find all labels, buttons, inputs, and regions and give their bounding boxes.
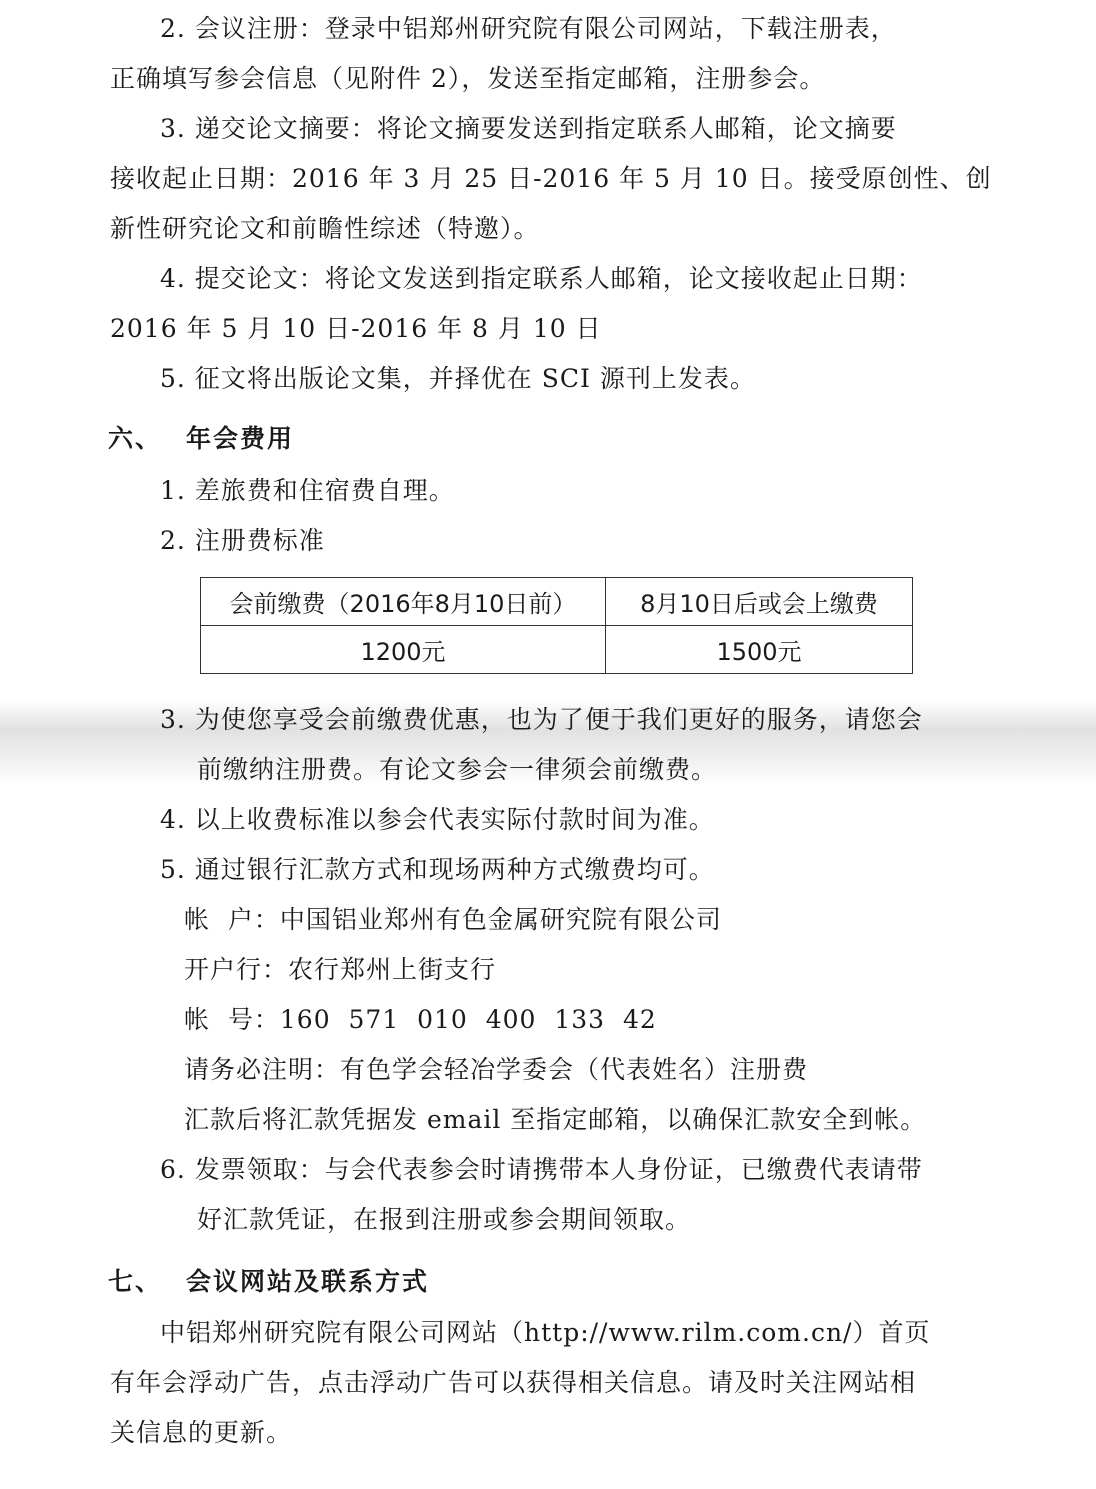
item-publication: 5. 征文将出版论文集，并择优在 SCI 源刊上发表。	[160, 362, 756, 396]
fee-item-3-line1: 3. 为使您享受会前缴费优惠，也为了便于我们更好的服务，请您会	[160, 703, 923, 737]
fee-item-1: 1. 差旅费和住宿费自理。	[160, 474, 455, 508]
item-registration-line1: 2. 会议注册：登录中铝郑州研究院有限公司网站，下载注册表，	[160, 12, 897, 46]
fee-item-5: 5. 通过银行汇款方式和现场两种方式缴费均可。	[160, 853, 715, 887]
bank-account-name: 帐 户：中国铝业郑州有色金属研究院有限公司	[184, 903, 722, 937]
section7-heading: 七、会议网站及联系方式	[108, 1265, 429, 1299]
table-header-late: 8月10日后或会上缴费	[606, 578, 913, 626]
section7-title: 会议网站及联系方式	[186, 1267, 429, 1296]
website-paragraph-line3: 关信息的更新。	[110, 1416, 292, 1450]
section6-title: 年会费用	[186, 424, 294, 453]
table-cell-early-fee: 1200元	[201, 626, 606, 674]
fee-item-2: 2. 注册费标准	[160, 524, 325, 558]
table-row: 1200元 1500元	[201, 626, 913, 674]
bank-branch: 开户行：农行郑州上街支行	[184, 953, 496, 987]
section6-heading: 六、年会费用	[108, 422, 294, 456]
table-header-early: 会前缴费（2016年8月10日前）	[201, 578, 606, 626]
item-registration-line2: 正确填写参会信息（见附件 2），发送至指定邮箱，注册参会。	[110, 62, 825, 96]
registration-fee-table: 会前缴费（2016年8月10日前） 8月10日后或会上缴费 1200元 1500…	[200, 577, 913, 674]
fee-item-6-line2: 好汇款凭证，在报到注册或参会期间领取。	[197, 1203, 691, 1237]
section6-number: 六、	[108, 424, 162, 453]
item-paper-line1: 4. 提交论文：将论文发送到指定联系人邮箱，论文接收起止日期：	[160, 262, 923, 296]
item-paper-line2: 2016 年 5 月 10 日-2016 年 8 月 10 日	[110, 312, 602, 346]
bank-remittance-note: 请务必注明：有色学会轻冶学委会（代表姓名）注册费	[184, 1053, 808, 1087]
item-abstract-line2: 接收起止日期：2016 年 3 月 25 日-2016 年 5 月 10 日。接…	[110, 162, 992, 196]
item-abstract-line3: 新性研究论文和前瞻性综述（特邀）。	[110, 212, 540, 246]
bank-after-remittance: 汇款后将汇款凭据发 email 至指定邮箱，以确保汇款安全到帐。	[184, 1103, 926, 1137]
section7-number: 七、	[108, 1267, 162, 1296]
fee-item-3-line2: 前缴纳注册费。有论文参会一律须会前缴费。	[197, 753, 717, 787]
website-paragraph-line1: 中铝郑州研究院有限公司网站（http://www.rilm.com.cn/）首页	[160, 1316, 930, 1350]
fee-item-4: 4. 以上收费标准以参会代表实际付款时间为准。	[160, 803, 715, 837]
bank-account-number: 帐 号：160 571 010 400 133 42	[184, 1003, 657, 1037]
website-paragraph-line2: 有年会浮动广告，点击浮动广告可以获得相关信息。请及时关注网站相	[110, 1366, 916, 1400]
fee-item-6-line1: 6. 发票领取：与会代表参会时请携带本人身份证，已缴费代表请带	[160, 1153, 923, 1187]
item-abstract-line1: 3. 递交论文摘要：将论文摘要发送到指定联系人邮箱，论文摘要	[160, 112, 897, 146]
table-header-row: 会前缴费（2016年8月10日前） 8月10日后或会上缴费	[201, 578, 913, 626]
table-cell-late-fee: 1500元	[606, 626, 913, 674]
